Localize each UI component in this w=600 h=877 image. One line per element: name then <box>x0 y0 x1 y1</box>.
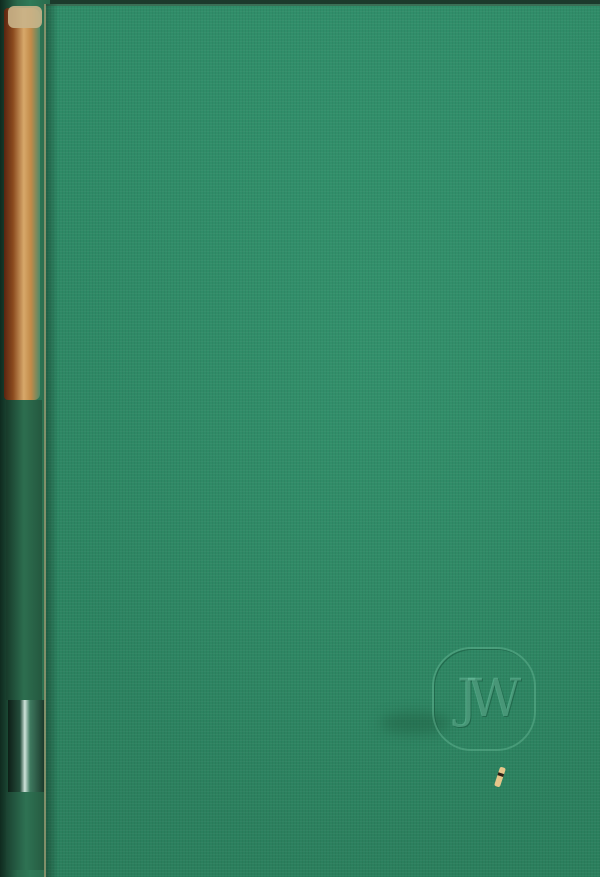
monogram-icon: JW <box>457 669 511 729</box>
book-spine <box>0 0 50 877</box>
hinge-line <box>44 4 46 877</box>
spine-glossy-highlight <box>8 700 48 792</box>
publisher-logo-emboss: JW <box>432 647 536 751</box>
torn-spine-section <box>4 8 40 400</box>
spine-lower-band <box>6 792 46 870</box>
cover-edge-shadow <box>44 4 58 877</box>
front-cover <box>44 4 600 877</box>
spine-cloth-band <box>6 400 42 700</box>
frayed-spine-top <box>8 6 42 28</box>
